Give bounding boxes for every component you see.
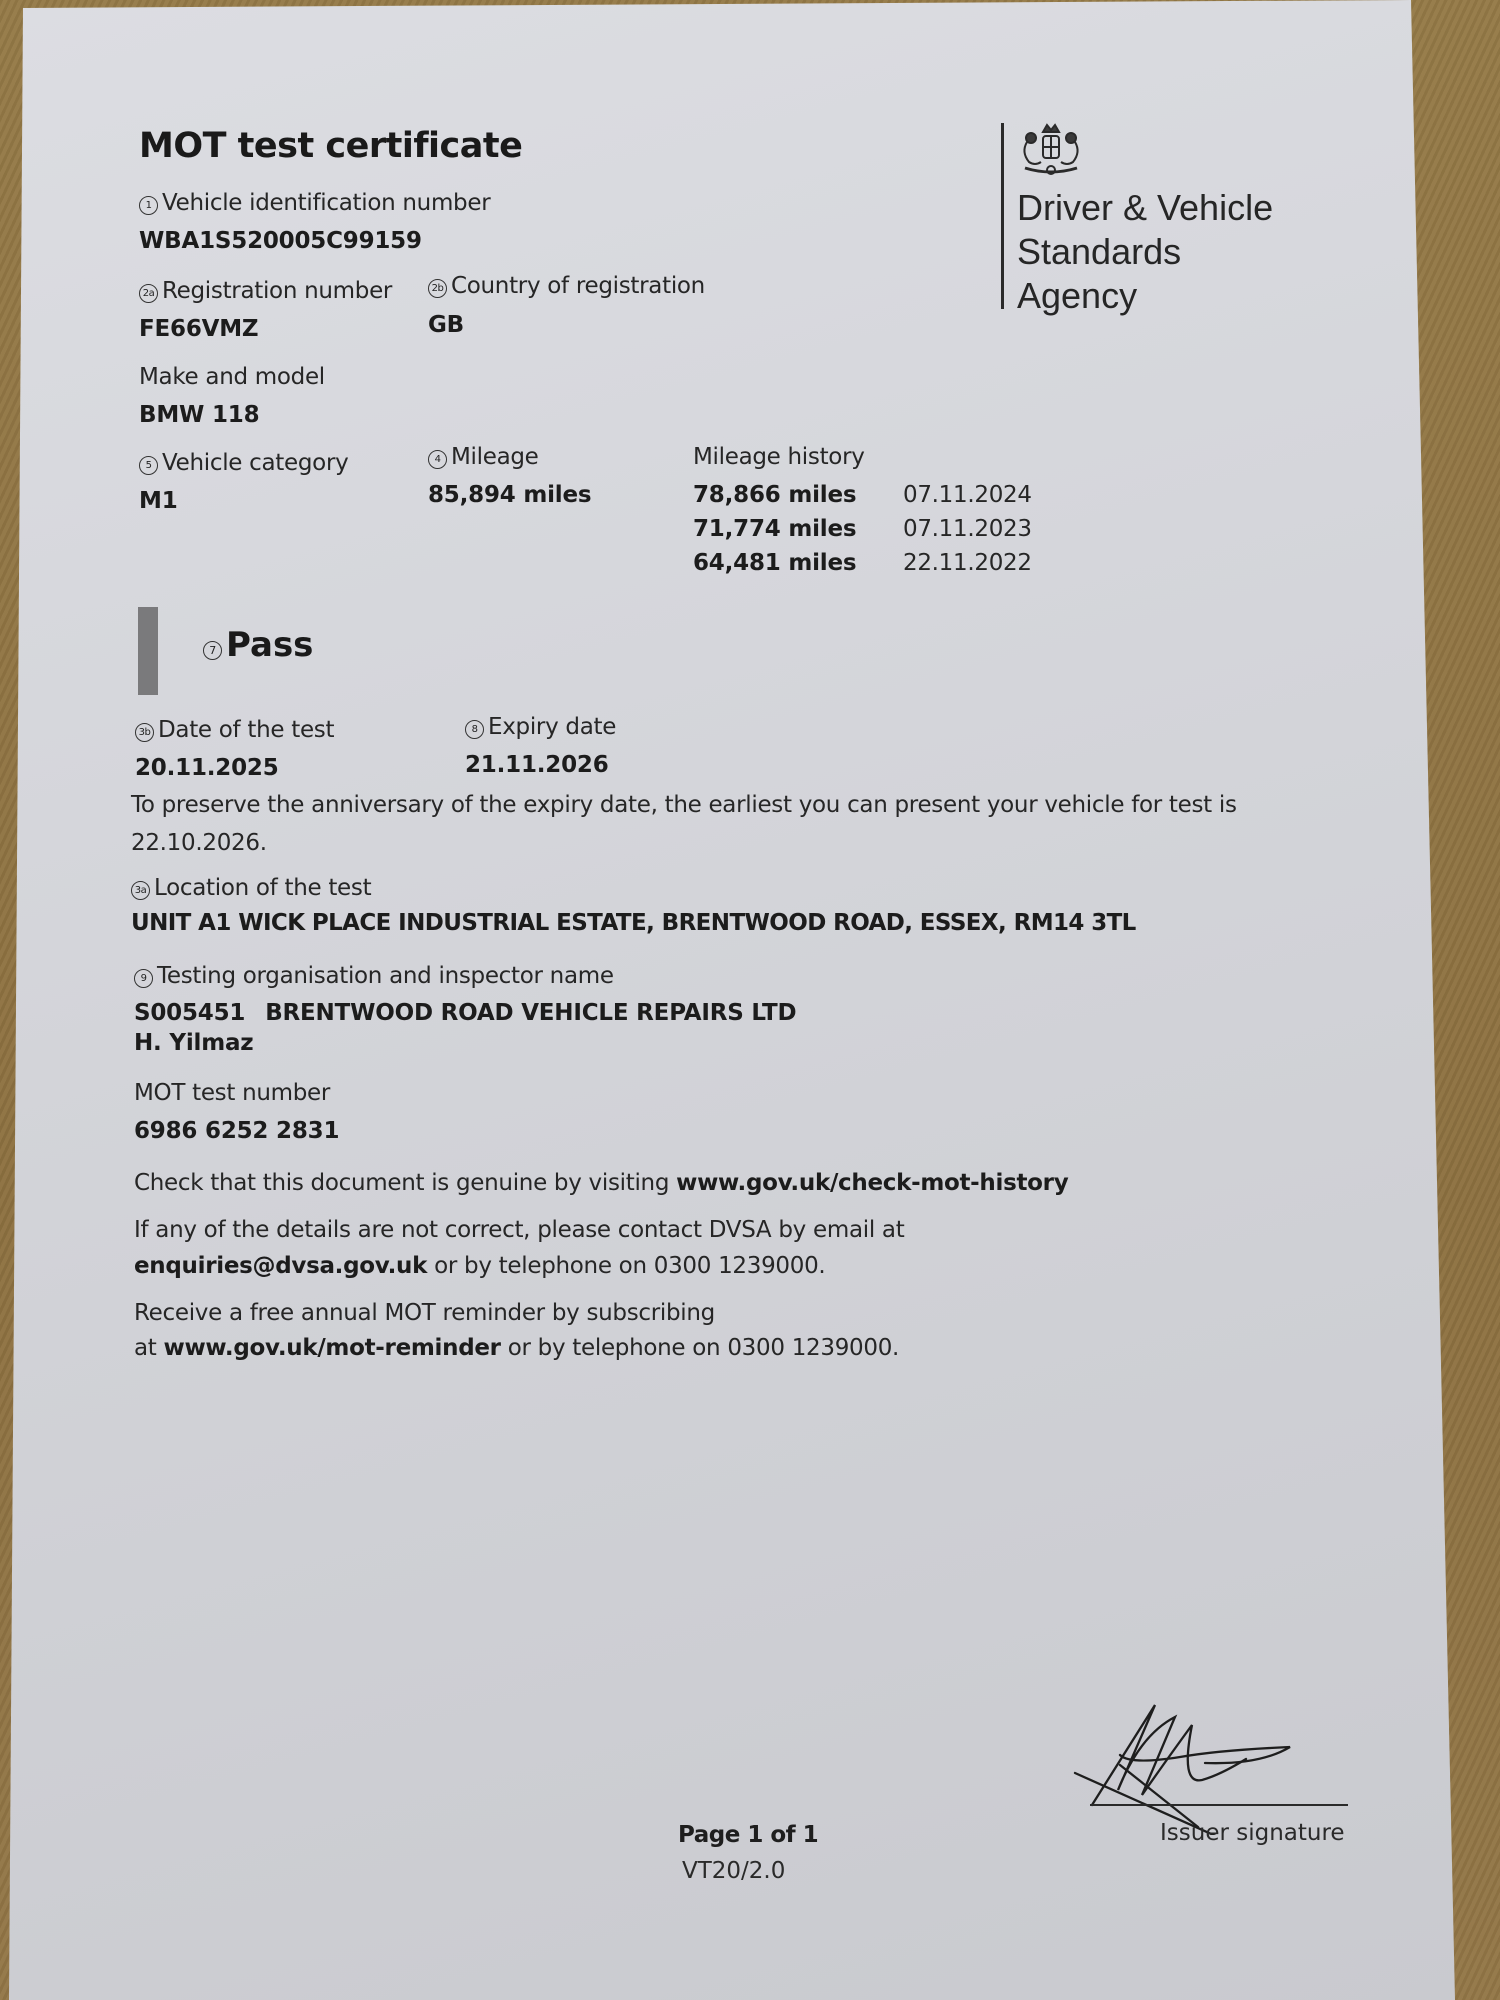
registration-value: FE66VMZ — [139, 316, 258, 342]
field-marker: 7 — [203, 641, 222, 660]
reminder-suffix: or by telephone on 0300 1239000. — [501, 1335, 899, 1361]
organisation-label: 9Testing organisation and inspector name — [134, 963, 614, 989]
test-date-label: 3bDate of the test — [135, 717, 334, 743]
mileage-history-miles: 71,774 miles — [693, 516, 856, 542]
category-label: 5Vehicle category — [139, 450, 348, 476]
site-number: S005451 — [134, 1000, 245, 1026]
mileage-label-text: Mileage — [451, 444, 539, 470]
reminder-notice: Receive a free annual MOT reminder by su… — [134, 1300, 715, 1326]
mileage-history-miles: 78,866 miles — [693, 482, 856, 508]
mileage-label: 4Mileage — [428, 444, 539, 470]
agency-name-line: Standards — [1017, 230, 1273, 274]
contact-notice: If any of the details are not correct, p… — [134, 1217, 904, 1243]
page-number: Page 1 of 1 — [678, 1822, 818, 1848]
anniversary-note: To preserve the anniversary of the expir… — [131, 792, 1237, 818]
agency-name: Driver & Vehicle Standards Agency — [1017, 186, 1273, 318]
dvsa-email-link[interactable]: enquiries@dvsa.gov.uk — [134, 1253, 427, 1279]
expiry-date-value: 21.11.2026 — [465, 752, 609, 778]
field-marker: 5 — [139, 456, 158, 475]
logo-divider — [1001, 123, 1004, 309]
agency-name-line: Driver & Vehicle — [1017, 186, 1273, 230]
field-marker: 9 — [134, 969, 153, 988]
country-label: 2bCountry of registration — [428, 273, 705, 299]
vin-label: 1Vehicle identification number — [139, 190, 490, 216]
field-marker: 1 — [139, 196, 158, 215]
form-code: VT20/2.0 — [682, 1858, 785, 1884]
expiry-date-label-text: Expiry date — [488, 714, 616, 740]
test-date-value: 20.11.2025 — [135, 755, 279, 781]
location-label: 3aLocation of the test — [131, 875, 371, 901]
organisation-value: S005451BRENTWOOD ROAD VEHICLE REPAIRS LT… — [134, 1000, 796, 1026]
make-model-value: BMW 118 — [139, 402, 259, 428]
mot-reminder-link[interactable]: www.gov.uk/mot-reminder — [164, 1335, 501, 1361]
expiry-date-label: 8Expiry date — [465, 714, 616, 740]
reminder-prefix: at — [134, 1335, 164, 1361]
check-notice: Check that this document is genuine by v… — [134, 1170, 1068, 1196]
mileage-value: 85,894 miles — [428, 482, 591, 508]
country-label-text: Country of registration — [451, 273, 705, 299]
country-value: GB — [428, 312, 464, 338]
check-notice-text: Check that this document is genuine by v… — [134, 1170, 676, 1196]
check-mot-history-link[interactable]: www.gov.uk/check-mot-history — [676, 1170, 1068, 1196]
organisation-label-text: Testing organisation and inspector name — [157, 963, 614, 989]
test-number-value: 6986 6252 2831 — [134, 1118, 339, 1144]
location-value: UNIT A1 WICK PLACE INDUSTRIAL ESTATE, BR… — [131, 910, 1136, 936]
field-marker: 8 — [465, 720, 484, 739]
test-date-label-text: Date of the test — [158, 717, 334, 743]
reminder-notice-line2: at www.gov.uk/mot-reminder or by telepho… — [134, 1335, 899, 1361]
vin-label-text: Vehicle identification number — [162, 190, 490, 216]
registration-label: 2aRegistration number — [139, 278, 392, 304]
location-label-text: Location of the test — [154, 875, 371, 901]
contact-suffix: or by telephone on 0300 1239000. — [427, 1253, 825, 1279]
category-value: M1 — [139, 488, 178, 514]
category-label-text: Vehicle category — [162, 450, 348, 476]
organisation-name: BRENTWOOD ROAD VEHICLE REPAIRS LTD — [265, 1000, 796, 1026]
page-title: MOT test certificate — [139, 126, 522, 166]
mileage-history-date: 22.11.2022 — [903, 550, 1032, 576]
field-marker: 3a — [131, 881, 150, 900]
result-indicator-bar — [138, 607, 158, 695]
mileage-history-date: 07.11.2024 — [903, 482, 1032, 508]
contact-notice-line2: enquiries@dvsa.gov.uk or by telephone on… — [134, 1253, 825, 1279]
registration-label-text: Registration number — [162, 278, 392, 304]
signature-label: Issuer signature — [1160, 1820, 1345, 1846]
royal-coat-of-arms-icon — [1017, 122, 1085, 184]
test-number-label: MOT test number — [134, 1080, 330, 1106]
field-marker: 3b — [135, 723, 154, 742]
test-result-value: Pass — [226, 625, 313, 665]
anniversary-note-date: 22.10.2026. — [131, 830, 267, 856]
agency-name-line: Agency — [1017, 274, 1273, 318]
field-marker: 2a — [139, 284, 158, 303]
mileage-history-label: Mileage history — [693, 444, 865, 470]
field-marker: 2b — [428, 279, 447, 298]
issuer-signature-mark — [1070, 1695, 1350, 1839]
mileage-history-miles: 64,481 miles — [693, 550, 856, 576]
inspector-name: H. Yilmaz — [134, 1030, 254, 1056]
vin-value: WBA1S520005C99159 — [139, 228, 422, 254]
mileage-history-date: 07.11.2023 — [903, 516, 1032, 542]
field-marker: 4 — [428, 450, 447, 469]
signature-line — [1090, 1804, 1348, 1806]
test-result: 7Pass — [203, 625, 313, 665]
make-model-label: Make and model — [139, 364, 325, 390]
